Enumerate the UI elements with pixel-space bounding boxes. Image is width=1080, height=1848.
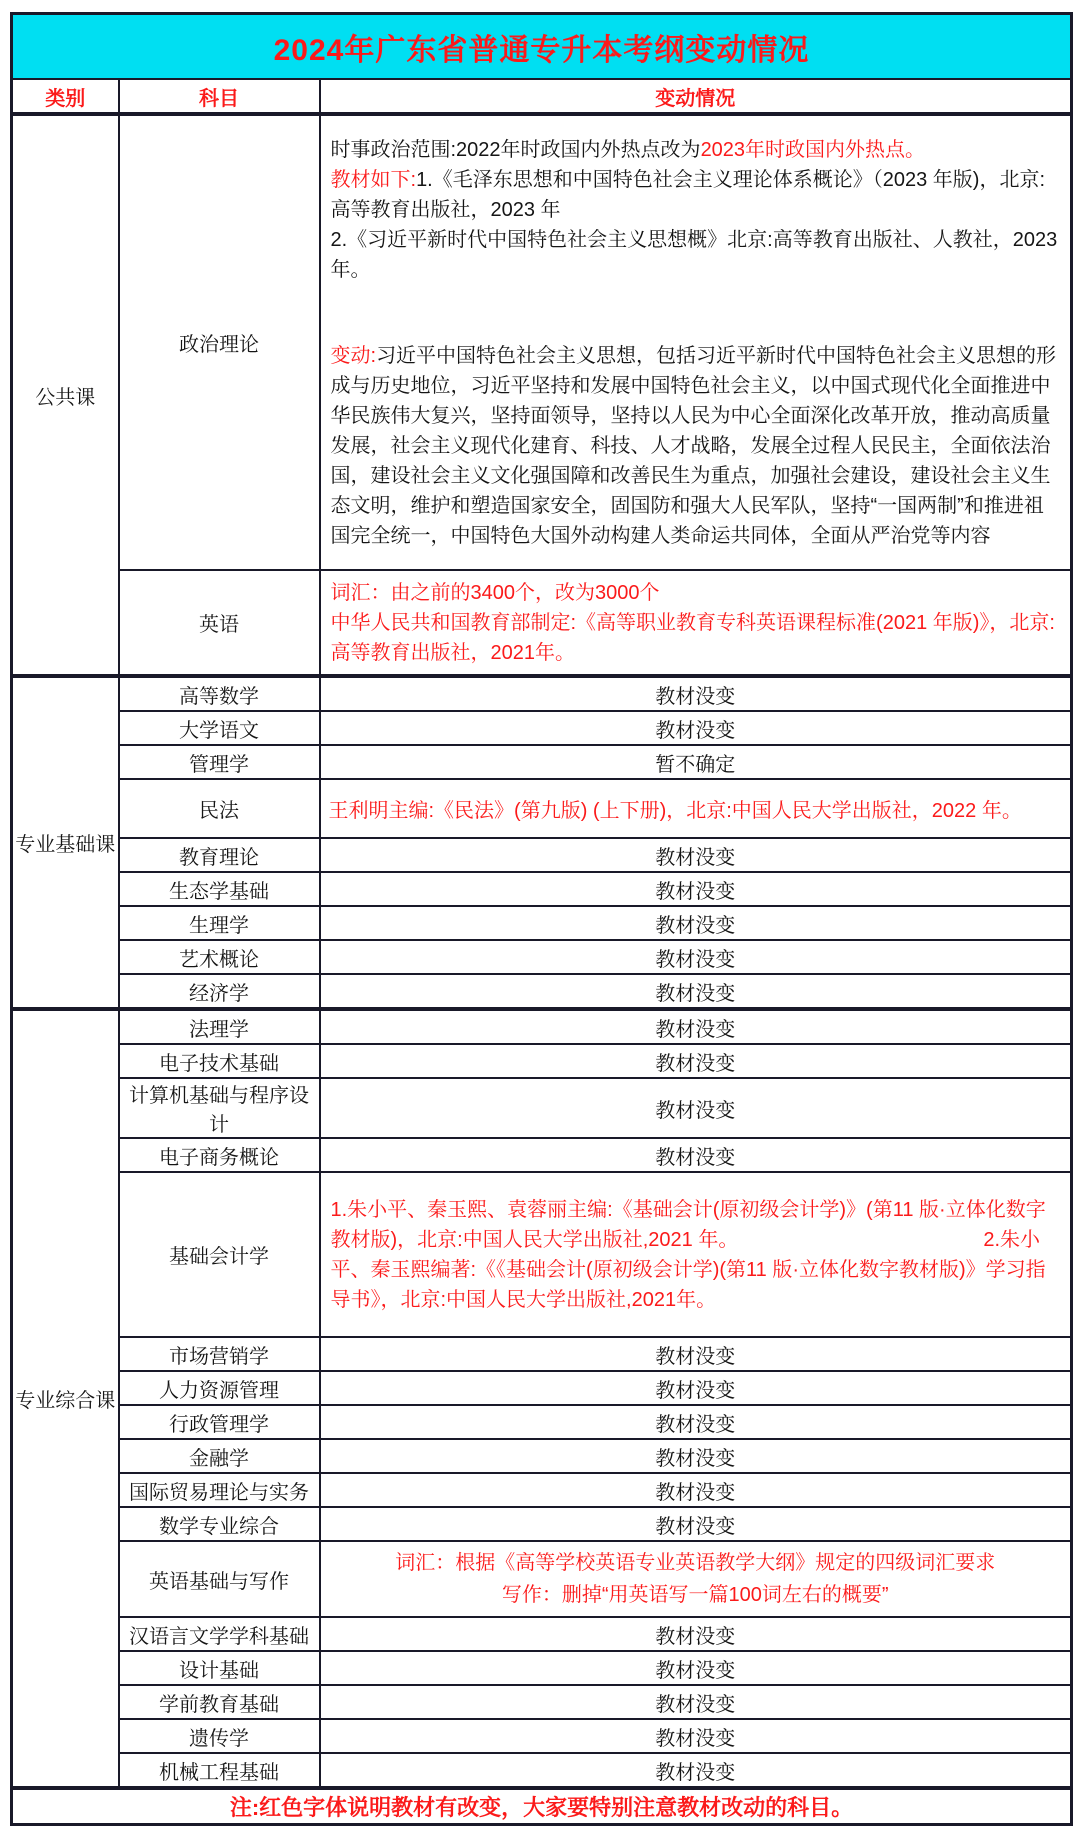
- table-row: 教育理论 教材没变: [12, 838, 1072, 872]
- value-cell: 教材没变: [320, 1753, 1072, 1788]
- table-row: 学前教育基础 教材没变: [12, 1685, 1072, 1719]
- value-cell: 教材没变: [320, 1439, 1072, 1473]
- subject-cell: 生理学: [119, 906, 320, 940]
- value-cell: 教材没变: [320, 711, 1072, 745]
- table-row: 汉语言文学学科基础 教材没变: [12, 1617, 1072, 1651]
- writing-deleted-line: 写作：删掉“用英语写一篇100词左右的概要”: [329, 1579, 1063, 1611]
- text-segment: 2.《习近平新时代中国特色社会主义思想概》北京:高等教育出版社、人教社，2023…: [331, 229, 1058, 281]
- politics-current-affairs-line: 时事政治范围:2022年时政国内外热点改为2023年时政国内外热点。: [331, 135, 1061, 165]
- table-row: 管理学 暂不确定: [12, 745, 1072, 779]
- table-row: 国际贸易理论与实务 教材没变: [12, 1473, 1072, 1507]
- value-cell: 教材没变: [320, 1009, 1072, 1044]
- table-row: 电子商务概论 教材没变: [12, 1138, 1072, 1172]
- header-change: 变动情况: [320, 79, 1072, 114]
- table-row: 市场营销学 教材没变: [12, 1337, 1072, 1371]
- subject-cell: 金融学: [119, 1439, 320, 1473]
- table-row: 英语基础与写作 词汇：根据《高等学校英语专业英语教学大纲》规定的四级词汇要求 写…: [12, 1541, 1072, 1617]
- value-cell: 教材没变: [320, 1719, 1072, 1753]
- subject-cell: 艺术概论: [119, 940, 320, 974]
- value-cell: 教材没变: [320, 974, 1072, 1009]
- politics-textbook-1-line: 教材如下:1.《毛泽东思想和中国特色社会主义理论体系概论》（2023 年版)，北…: [331, 165, 1061, 225]
- subject-cell: 政治理论: [119, 114, 320, 570]
- table-row: 遗传学 教材没变: [12, 1719, 1072, 1753]
- subject-cell: 机械工程基础: [119, 1753, 320, 1788]
- footer-note: 注:红色字体说明教材有改变，大家要特别注意教材改动的科目。: [12, 1788, 1072, 1825]
- exam-change-table: 2024年广东省普通专升本考纲变动情况 类别 科目 变动情况 公共课 政治理论 …: [10, 12, 1073, 1826]
- subject-cell: 国际贸易理论与实务: [119, 1473, 320, 1507]
- subject-cell: 经济学: [119, 974, 320, 1009]
- value-cell-english: 词汇：由之前的3400个，改为3000个 中华人民共和国教育部制定:《高等职业教…: [320, 570, 1072, 676]
- text-segment: 1.《毛泽东思想和中国特色社会主义理论体系概论》（2023 年版)，北京:高等教…: [331, 169, 1046, 221]
- value-cell: 教材没变: [320, 906, 1072, 940]
- table-row: 金融学 教材没变: [12, 1439, 1072, 1473]
- subject-cell: 高等数学: [119, 676, 320, 711]
- value-cell: 教材没变: [320, 872, 1072, 906]
- table-row: 电子技术基础 教材没变: [12, 1044, 1072, 1078]
- value-cell: 教材没变: [320, 1044, 1072, 1078]
- table-row: 公共课 政治理论 时事政治范围:2022年时政国内外热点改为2023年时政国内外…: [12, 114, 1072, 570]
- subject-cell: 法理学: [119, 1009, 320, 1044]
- page-title: 2024年广东省普通专升本考纲变动情况: [12, 14, 1072, 80]
- text-segment: 习近平中国特色社会主义思想，包括习近平新时代中国特色社会主义思想的形成与历史地位…: [331, 345, 1057, 547]
- table-row: 专业综合课 法理学 教材没变: [12, 1009, 1072, 1044]
- subject-cell: 学前教育基础: [119, 1685, 320, 1719]
- value-cell: 教材没变: [320, 1078, 1072, 1138]
- value-cell: 教材没变: [320, 676, 1072, 711]
- header-category: 类别: [12, 79, 119, 114]
- subject-cell: 市场营销学: [119, 1337, 320, 1371]
- value-cell: 暂不确定: [320, 745, 1072, 779]
- title-row: 2024年广东省普通专升本考纲变动情况: [12, 14, 1072, 80]
- category-cell-public: 公共课: [12, 114, 119, 676]
- footer-note-row: 注:红色字体说明教材有改变，大家要特别注意教材改动的科目。: [12, 1788, 1072, 1825]
- subject-cell: 英语基础与写作: [119, 1541, 320, 1617]
- table-row: 数学专业综合 教材没变: [12, 1507, 1072, 1541]
- value-cell: 教材没变: [320, 1405, 1072, 1439]
- value-cell: 教材没变: [320, 838, 1072, 872]
- category-cell-comprehensive: 专业综合课: [12, 1009, 119, 1788]
- accounting-book-1: 1.朱小平、秦玉熙、袁蓉丽主编:《基础会计(原初级会计学)》(第11 版·立体化…: [331, 1199, 1046, 1251]
- table-row: 生态学基础 教材没变: [12, 872, 1072, 906]
- subject-cell: 管理学: [119, 745, 320, 779]
- value-cell-english-writing: 词汇：根据《高等学校英语专业英语教学大纲》规定的四级词汇要求 写作：删掉“用英语…: [320, 1541, 1072, 1617]
- table-row: 人力资源管理 教材没变: [12, 1371, 1072, 1405]
- category-cell-basic: 专业基础课: [12, 676, 119, 1009]
- table-row: 民法 王利明主编:《民法》(第九版) (上下册)，北京:中国人民大学出版社，20…: [12, 779, 1072, 838]
- value-cell: 教材没变: [320, 1337, 1072, 1371]
- text-segment: 时事政治范围:2022年时政国内外热点改为: [331, 139, 701, 161]
- text-segment-red: 教材如下:: [331, 169, 417, 191]
- value-cell: 教材没变: [320, 1617, 1072, 1651]
- subject-cell: 数学专业综合: [119, 1507, 320, 1541]
- english-standard-line: 中华人民共和国教育部制定:《高等职业教育专科英语课程标准(2021 年版)》，北…: [331, 608, 1061, 668]
- table-row: 大学语文 教材没变: [12, 711, 1072, 745]
- value-cell: 教材没变: [320, 1371, 1072, 1405]
- subject-cell: 英语: [119, 570, 320, 676]
- subject-cell: 生态学基础: [119, 872, 320, 906]
- subject-cell: 电子商务概论: [119, 1138, 320, 1172]
- subject-cell: 设计基础: [119, 1651, 320, 1685]
- writing-vocab-line: 词汇：根据《高等学校英语专业英语教学大纲》规定的四级词汇要求: [329, 1547, 1063, 1579]
- value-cell: 教材没变: [320, 1507, 1072, 1541]
- text-segment-red: 变动:: [331, 345, 377, 367]
- table-row: 设计基础 教材没变: [12, 1651, 1072, 1685]
- value-cell: 教材没变: [320, 1138, 1072, 1172]
- table-row: 艺术概论 教材没变: [12, 940, 1072, 974]
- politics-textbook-2-line: 2.《习近平新时代中国特色社会主义思想概》北京:高等教育出版社、人教社，2023…: [331, 225, 1061, 285]
- value-cell-civil-law: 王利明主编:《民法》(第九版) (上下册)，北京:中国人民大学出版社，2022 …: [320, 779, 1072, 838]
- subject-cell: 汉语言文学学科基础: [119, 1617, 320, 1651]
- table-row: 基础会计学 1.朱小平、秦玉熙、袁蓉丽主编:《基础会计(原初级会计学)》(第11…: [12, 1172, 1072, 1337]
- value-cell: 教材没变: [320, 1651, 1072, 1685]
- value-cell: 教材没变: [320, 1685, 1072, 1719]
- subject-cell: 基础会计学: [119, 1172, 320, 1337]
- table-row: 计算机基础与程序设计 教材没变: [12, 1078, 1072, 1138]
- value-cell-politics: 时事政治范围:2022年时政国内外热点改为2023年时政国内外热点。 教材如下:…: [320, 114, 1072, 570]
- politics-change-paragraph: 变动:习近平中国特色社会主义思想，包括习近平新时代中国特色社会主义思想的形成与历…: [331, 341, 1061, 551]
- subject-cell: 行政管理学: [119, 1405, 320, 1439]
- table-row: 英语 词汇：由之前的3400个，改为3000个 中华人民共和国教育部制定:《高等…: [12, 570, 1072, 676]
- subject-cell: 教育理论: [119, 838, 320, 872]
- subject-cell: 遗传学: [119, 1719, 320, 1753]
- subject-cell: 大学语文: [119, 711, 320, 745]
- text-segment-red: 2023年时政国内外热点。: [701, 139, 926, 161]
- subject-cell: 电子技术基础: [119, 1044, 320, 1078]
- exam-change-sheet: 2024年广东省普通专升本考纲变动情况 类别 科目 变动情况 公共课 政治理论 …: [10, 12, 1070, 1826]
- table-row: 经济学 教材没变: [12, 974, 1072, 1009]
- subject-cell: 民法: [119, 779, 320, 838]
- subject-cell: 人力资源管理: [119, 1371, 320, 1405]
- table-row: 专业基础课 高等数学 教材没变: [12, 676, 1072, 711]
- english-vocab-line: 词汇：由之前的3400个，改为3000个: [331, 578, 1061, 608]
- value-cell-accounting: 1.朱小平、秦玉熙、袁蓉丽主编:《基础会计(原初级会计学)》(第11 版·立体化…: [320, 1172, 1072, 1337]
- header-subject: 科目: [119, 79, 320, 114]
- header-row: 类别 科目 变动情况: [12, 79, 1072, 114]
- value-cell: 教材没变: [320, 1473, 1072, 1507]
- table-row: 行政管理学 教材没变: [12, 1405, 1072, 1439]
- table-row: 机械工程基础 教材没变: [12, 1753, 1072, 1788]
- table-row: 生理学 教材没变: [12, 906, 1072, 940]
- subject-cell: 计算机基础与程序设计: [119, 1078, 320, 1138]
- value-cell: 教材没变: [320, 940, 1072, 974]
